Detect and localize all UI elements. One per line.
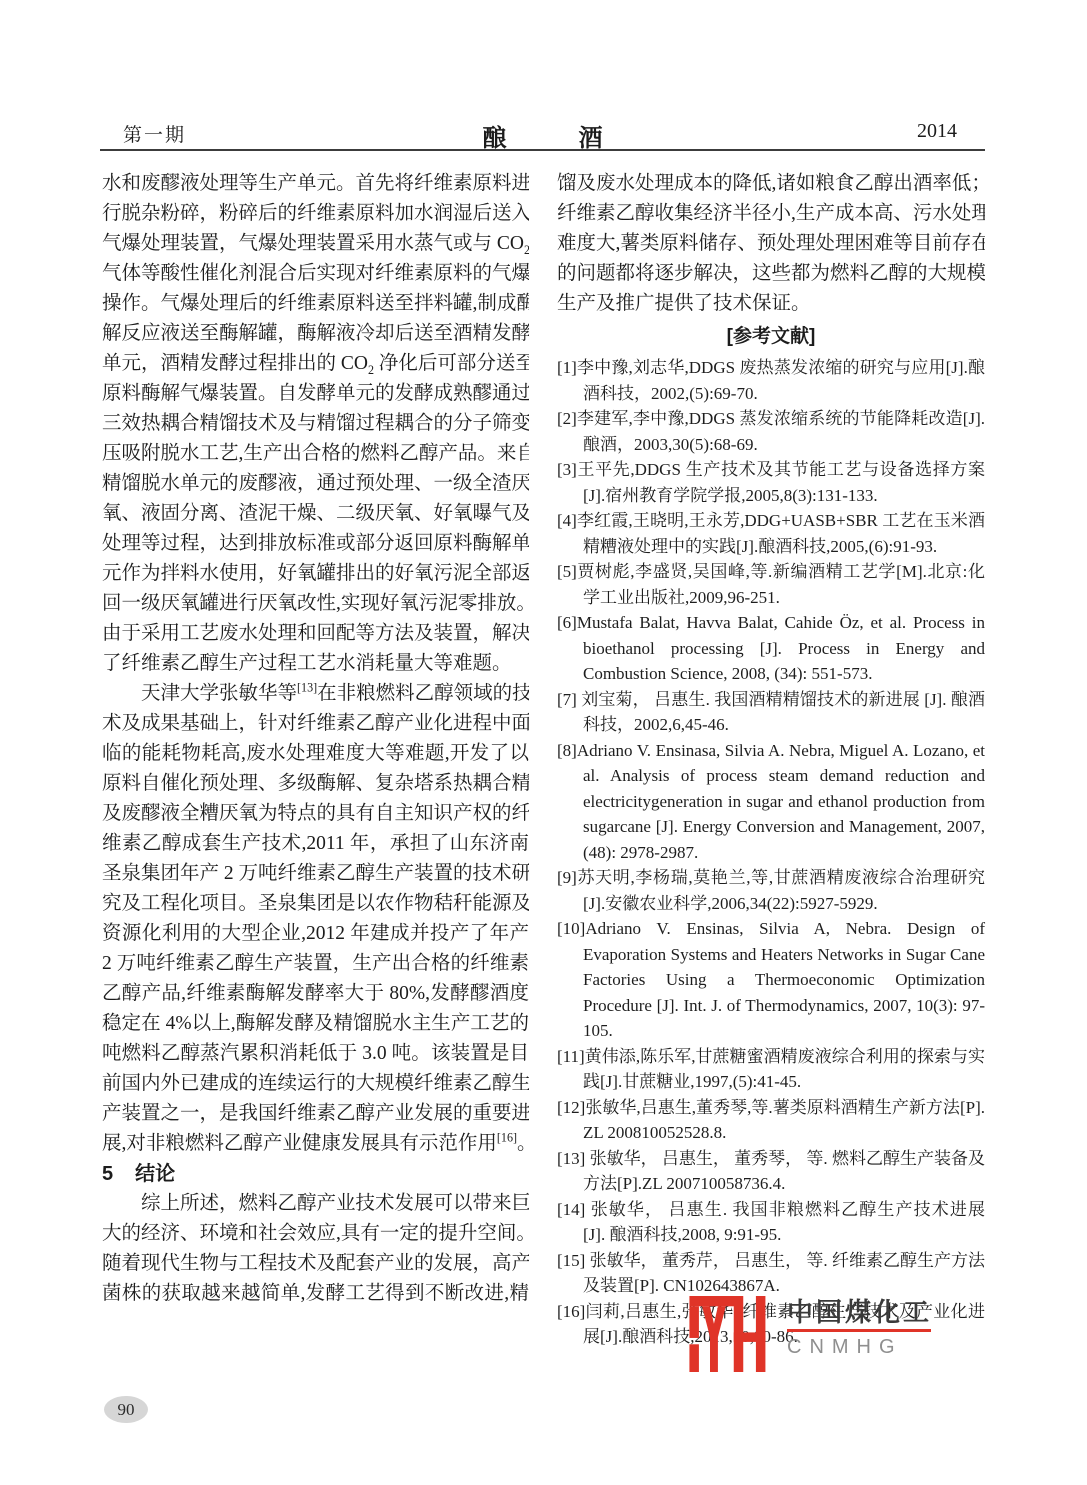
text-line: 大的经济、环境和社会效应,具有一定的提升空间。 — [102, 1219, 529, 1249]
text-line: 维素乙醇成套生产技术,2011 年，承担了山东济南 — [102, 829, 529, 859]
reference-item: [12]张敏华,吕惠生,董秀琴,等.薯类原料酒精生产新方法[P]. ZL 200… — [557, 1095, 985, 1146]
text-line: 压吸附脱水工艺,生产出合格的燃料乙醇产品。来自 — [102, 439, 529, 469]
text-line: 展,对非粮燃料乙醇产业健康发展具有示范作用[16]。 — [102, 1129, 529, 1159]
cnmhg-logo: 中国煤化工 CNMHG — [687, 1296, 932, 1372]
reference-item: [4]李红霞,王晓明,王永芳,DDG+UASB+SBR 工艺在玉米酒精糟液处理中… — [557, 508, 985, 559]
text-line: 及废醪液全糟厌氧为特点的具有自主知识产权的纤 — [102, 799, 529, 829]
reference-item: [7] 刘宝菊， 吕惠生. 我国酒精精馏技术的新进展 [J]. 酿酒科技，200… — [557, 687, 985, 738]
text-line: 随着现代生物与工程技术及配套产业的发展，高产 — [102, 1249, 529, 1279]
text-line: 生产及推广提供了技术保证。 — [557, 289, 985, 319]
text-line: 产装置之一，是我国纤维素乙醇产业发展的重要进 — [102, 1099, 529, 1129]
text-line: 前国内外已建成的连续运行的大规模纤维素乙醇生 — [102, 1069, 529, 1099]
references-list: [1]李中豫,刘志华,DDGS 废热蒸发浓缩的研究与应用[J].酿酒科技，200… — [557, 355, 985, 1350]
reference-item: [2]李建军,李中豫,DDGS 蒸发浓缩系统的节能降耗改造[J].酿酒，2003… — [557, 406, 985, 457]
text-line: 稳定在 4%以上,酶解发酵及精馏脱水主生产工艺的 — [102, 1009, 529, 1039]
text-line: 气爆处理装置，气爆处理装置采用水蒸气或与 CO2 — [102, 229, 529, 259]
text-line: 菌株的获取越来越简单,发酵工艺得到不断改进,精 — [102, 1279, 529, 1309]
text-line: 圣泉集团年产 2 万吨纤维素乙醇生产装置的技术研 — [102, 859, 529, 889]
cnmhg-logo-mark-icon — [687, 1296, 771, 1372]
text-line: 三效热耦合精馏技术及与精馏过程耦合的分子筛变 — [102, 409, 529, 439]
text-line: 乙醇产品,纤维素酶解发酵率大于 80%,发酵醪酒度 — [102, 979, 529, 1009]
reference-item: [14] 张敏华， 吕惠生. 我国非粮燃料乙醇生产技术进展 [J]. 酿酒科技,… — [557, 1197, 985, 1248]
section-title: 结论 — [135, 1159, 175, 1189]
reference-item: [11]黄伟添,陈乐军,甘蔗糖蜜酒精废液综合利用的探索与实践[J].甘蔗糖业,1… — [557, 1044, 985, 1095]
text-line: 处理等过程，达到排放标准或部分返回原料酶解单 — [102, 529, 529, 559]
reference-item: [13] 张敏华， 吕惠生， 董秀琴， 等. 燃料乙醇生产装备及方法[P].ZL… — [557, 1146, 985, 1197]
text-line: 了纤维素乙醇生产过程工艺水消耗量大等难题。 — [102, 649, 529, 679]
text-line: 吨燃料乙醇蒸汽累积消耗低于 3.0 吨。该装置是目 — [102, 1039, 529, 1069]
journal-title: 酿 酒 — [100, 118, 985, 153]
text-line: 纤维素乙醇收集经济半径小,生产成本高、污水处理 — [557, 199, 985, 229]
page-number-badge: 90 — [104, 1396, 148, 1423]
text-line: 水和废醪液处理等生产单元。首先将纤维素原料进 — [102, 169, 529, 199]
body-paragraph-2: 天津大学张敏华等[13]在非粮燃料乙醇领域的技术及成果基础上，针对纤维素乙醇产业… — [102, 679, 529, 1159]
text-line: 操作。气爆处理后的纤维素原料送至拌料罐,制成酶 — [102, 289, 529, 319]
logo-name-cn: 中国煤化工 — [787, 1298, 932, 1326]
text-line: 术及成果基础上，针对纤维素乙醇产业化进程中面 — [102, 709, 529, 739]
text-line: 综上所述，燃料乙醇产业技术发展可以带来巨 — [102, 1189, 529, 1219]
text-line: 的问题都将逐步解决，这些都为燃料乙醇的大规模 — [557, 259, 985, 289]
text-line: 精馏脱水单元的废醪液，通过预处理、一级全渣厌 — [102, 469, 529, 499]
text-line: 由于采用工艺废水处理和回配等方法及装置，解决 — [102, 619, 529, 649]
journal-page: 第一期 酿 酒 2014 水和废醪液处理等生产单元。首先将纤维素原料进行脱杂粉碎… — [0, 0, 1087, 1485]
text-line: 2 万吨纤维素乙醇生产装置，生产出合格的纤维素 — [102, 949, 529, 979]
logo-text-block: 中国煤化工 CNMHG — [787, 1296, 932, 1358]
reference-item: [8]Adriano V. Ensinasa, Silvia A. Nebra,… — [557, 738, 985, 866]
body-paragraph-1: 水和废醪液处理等生产单元。首先将纤维素原料进行脱杂粉碎，粉碎后的纤维素原料加水润… — [102, 169, 529, 679]
text-line: 难度大,薯类原料储存、预处理处理困难等目前存在 — [557, 229, 985, 259]
text-line: 气体等酸性催化剂混合后实现对纤维素原料的气爆 — [102, 259, 529, 289]
text-line: 原料酶解气爆装置。自发酵单元的发酵成熟醪通过 — [102, 379, 529, 409]
text-line: 天津大学张敏华等[13]在非粮燃料乙醇领域的技 — [102, 679, 529, 709]
year-label: 2014 — [917, 120, 957, 143]
right-column: 馏及废水处理成本的降低,诸如粮食乙醇出酒率低；纤维素乙醇收集经济半径小,生产成本… — [557, 169, 985, 1350]
reference-item: [3]王平先,DDGS 生产技术及其节能工艺与设备选择方案[J].宿州教育学院学… — [557, 457, 985, 508]
text-line: 元作为拌料水使用，好氧罐排出的好氧污泥全部返 — [102, 559, 529, 589]
section-heading-conclusion: 5 结论 — [102, 1159, 529, 1189]
text-line: 单元，酒精发酵过程排出的 CO2 净化后可部分送至 — [102, 349, 529, 379]
text-line: 馏及废水处理成本的降低,诸如粮食乙醇出酒率低； — [557, 169, 985, 199]
reference-item: [1]李中豫,刘志华,DDGS 废热蒸发浓缩的研究与应用[J].酿酒科技，200… — [557, 355, 985, 406]
text-line: 原料自催化预处理、多级酶解、复杂塔系热耦合精馏 — [102, 769, 529, 799]
conclusion-paragraph: 综上所述，燃料乙醇产业技术发展可以带来巨大的经济、环境和社会效应,具有一定的提升… — [102, 1189, 529, 1309]
references-heading: [参考文献] — [557, 321, 985, 353]
reference-item: [15] 张敏华， 董秀芹， 吕惠生， 等. 纤维素乙醇生产方法及装置[P]. … — [557, 1248, 985, 1299]
text-line: 解反应液送至酶解罐，酶解液冷却后送至酒精发酵 — [102, 319, 529, 349]
reference-item: [6]Mustafa Balat, Havva Balat, Cahide Öz… — [557, 610, 985, 687]
reference-item: [10]Adriano V. Ensinas, Silvia A, Nebra.… — [557, 916, 985, 1044]
intro-paragraph: 馏及废水处理成本的降低,诸如粮食乙醇出酒率低；纤维素乙醇收集经济半径小,生产成本… — [557, 169, 985, 319]
page-number: 90 — [118, 1400, 135, 1420]
text-line: 资源化利用的大型企业,2012 年建成并投产了年产 — [102, 919, 529, 949]
text-line: 究及工程化项目。圣泉集团是以农作物秸秆能源及 — [102, 889, 529, 919]
text-line: 行脱杂粉碎，粉碎后的纤维素原料加水润湿后送入 — [102, 199, 529, 229]
text-line: 回一级厌氧罐进行厌氧改性,实现好氧污泥零排放。 — [102, 589, 529, 619]
header-rule — [100, 149, 985, 151]
reference-item: [5]贾树彪,李盛贤,吴国峰,等.新编酒精工艺学[M].北京:化学工业出版社,2… — [557, 559, 985, 610]
logo-underline — [787, 1329, 931, 1332]
text-line: 临的能耗物耗高,废水处理难度大等难题,开发了以 — [102, 739, 529, 769]
section-number: 5 — [102, 1159, 113, 1189]
text-line: 氧、液固分离、渣泥干燥、二级厌氧、好氧曝气及深度 — [102, 499, 529, 529]
page-header: 第一期 酿 酒 2014 — [100, 118, 985, 148]
reference-item: [9]苏天明,李杨瑞,莫艳兰,等,甘蔗酒精废液综合治理研究[J].安徽农业科学,… — [557, 865, 985, 916]
left-column: 水和废醪液处理等生产单元。首先将纤维素原料进行脱杂粉碎，粉碎后的纤维素原料加水润… — [102, 169, 529, 1309]
logo-name-en: CNMHG — [787, 1336, 932, 1358]
